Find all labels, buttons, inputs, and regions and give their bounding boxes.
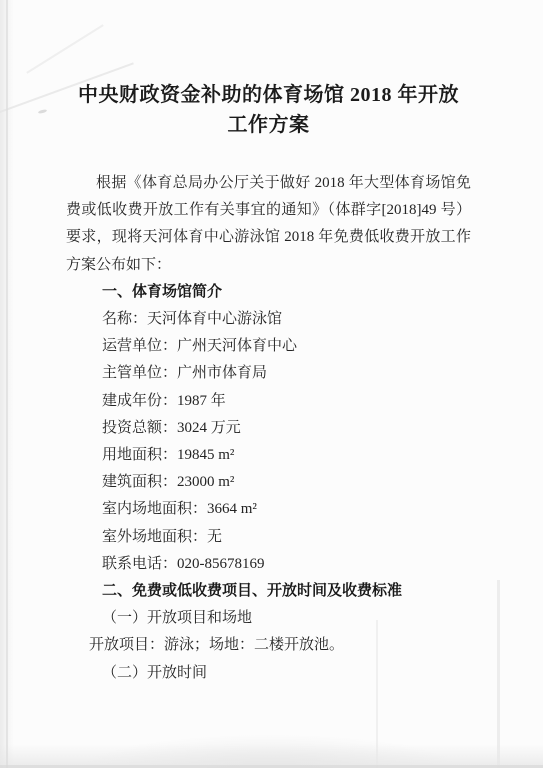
info-line-outdoor-area: 室外场地面积：无: [66, 524, 471, 551]
document-title-line1: 中央财政资金补助的体育场馆 2018 年开放: [66, 80, 471, 110]
scan-artifact-speck: [38, 109, 47, 114]
scanned-document-page: 中央财政资金补助的体育场馆 2018 年开放 工作方案 根据《体育总局办公厅关于…: [0, 0, 543, 768]
info-line-operator: 运营单位：广州天河体育中心: [66, 333, 471, 360]
scan-artifact-fold-line: [497, 580, 500, 768]
info-line-investment: 投资总额：3024 万元: [66, 415, 471, 442]
document-title: 中央财政资金补助的体育场馆 2018 年开放 工作方案: [66, 80, 471, 140]
sub1-heading: （一）开放项目和场地: [66, 605, 471, 632]
scan-artifact-left-edge-line: [6, 0, 8, 768]
info-line-land-area: 用地面积：19845 m²: [66, 442, 471, 469]
info-line-phone: 联系电话：020-85678169: [66, 551, 471, 578]
info-line-year-built: 建成年份：1987 年: [66, 388, 471, 415]
sub2-heading: （二）开放时间: [66, 660, 471, 687]
document-title-line2: 工作方案: [66, 110, 471, 140]
info-line-building-area: 建筑面积：23000 m²: [66, 469, 471, 496]
intro-paragraph: 根据《体育总局办公厅关于做好 2018 年大型体育场馆免费或低收费开放工作有关事…: [66, 170, 471, 279]
info-line-name: 名称：天河体育中心游泳馆: [66, 306, 471, 333]
info-line-indoor-area: 室内场地面积：3664 m²: [66, 496, 471, 523]
section2-heading: 二、免费或低收费项目、开放时间及收费标准: [66, 578, 471, 605]
scan-artifact-crease: [26, 24, 103, 73]
section1-heading: 一、体育场馆简介: [66, 279, 471, 306]
document-body: 根据《体育总局办公厅关于做好 2018 年大型体育场馆免费或低收费开放工作有关事…: [66, 170, 471, 687]
open-items-line: 开放项目：游泳；场地：二楼开放池。: [66, 632, 471, 659]
info-line-authority: 主管单位：广州市体育局: [66, 360, 471, 387]
